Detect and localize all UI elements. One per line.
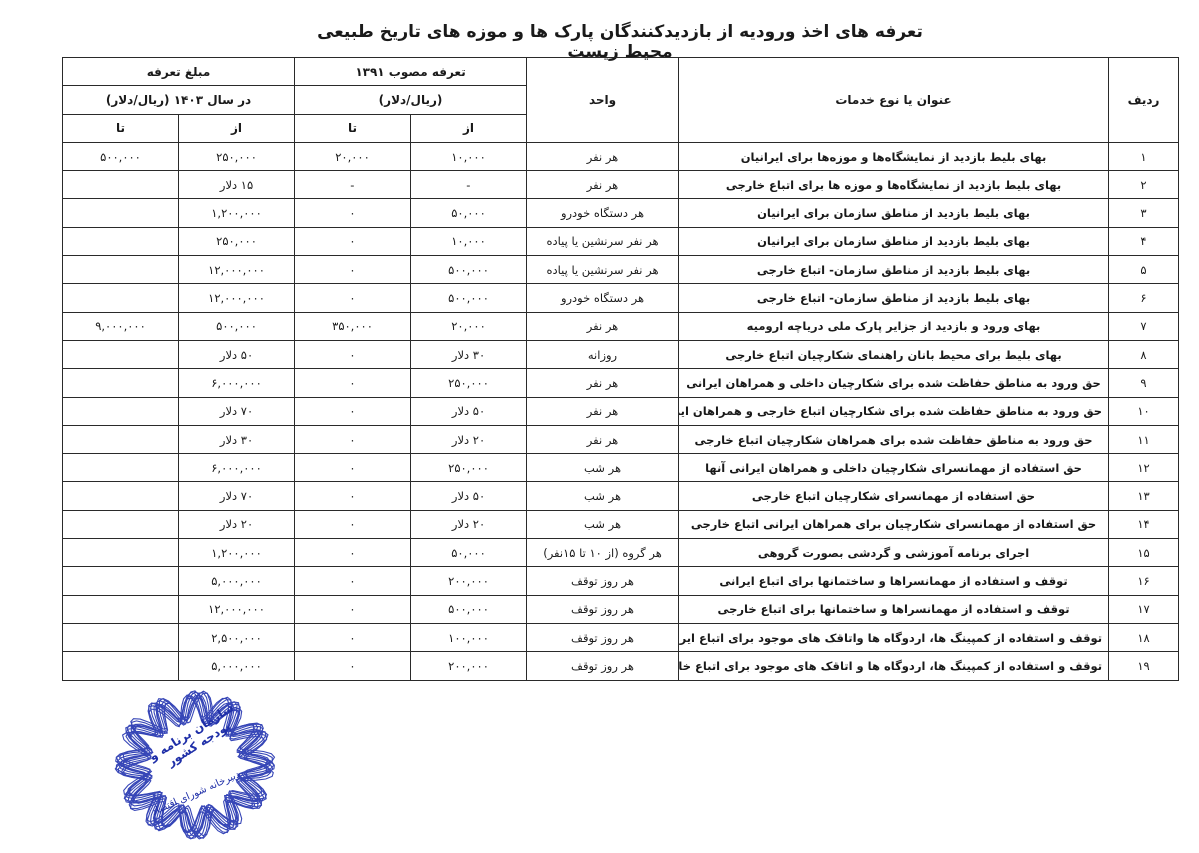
tariff-1403-to [63, 369, 179, 397]
row-number: ۷ [1109, 312, 1179, 340]
tariff-1403-to [63, 171, 179, 199]
table-row: ۴بهای بلیط بازدید از مناطق سازمان برای ا… [63, 227, 1179, 255]
tariff-1403-from: ۱۵ دلار [179, 171, 295, 199]
tariff-1403-to [63, 425, 179, 453]
service-title: توقف و استفاده از مهمانسراها و ساختمانها… [679, 567, 1109, 595]
unit-cell: هر نفر سرنشین یا پیاده [527, 256, 679, 284]
row-number: ۱۳ [1109, 482, 1179, 510]
tariff-1403-to [63, 397, 179, 425]
official-seal: سازمان برنامه و بودجه کشور دبیرخانه شورا… [108, 684, 282, 846]
unit-cell: هر دستگاه خودرو [527, 284, 679, 312]
tariff-1403-from: ۵۰۰,۰۰۰ [179, 312, 295, 340]
row-number: ۶ [1109, 284, 1179, 312]
tariff-1391-from: ۲۰۰,۰۰۰ [411, 567, 527, 595]
tariff-1403-from: ۷۰ دلار [179, 482, 295, 510]
service-title: حق ورود به مناطق حفاظت شده برای شکارچیان… [679, 397, 1109, 425]
tariff-1391-to: ۰ [295, 454, 411, 482]
tariff-1391-to: ۰ [295, 256, 411, 284]
service-title: حق استفاده از مهمانسرای شکارچیان اتباع خ… [679, 482, 1109, 510]
header-service: عنوان یا نوع خدمات [679, 58, 1109, 143]
tariff-1403-to [63, 595, 179, 623]
tariff-1403-from: ۷۰ دلار [179, 397, 295, 425]
tariff-1391-to: ۰ [295, 397, 411, 425]
tariff-1403-to: ۹,۰۰۰,۰۰۰ [63, 312, 179, 340]
unit-cell: هر شب [527, 510, 679, 538]
tariff-1391-to: ۰ [295, 482, 411, 510]
service-title: توقف و استفاده از کمپینگ ها، اردوگاه ها … [679, 652, 1109, 680]
service-title: حق ورود به مناطق حفاظت شده برای همراهان … [679, 425, 1109, 453]
header-row-no: ردیف [1109, 58, 1179, 143]
row-number: ۱۶ [1109, 567, 1179, 595]
tariff-1403-from: ۲۵۰,۰۰۰ [179, 227, 295, 255]
service-title: بهای بلیط بازدید از نمایشگاه‌ها و موزه‌ه… [679, 142, 1109, 170]
tariff-1403-to [63, 284, 179, 312]
unit-cell: هر روز توقف [527, 567, 679, 595]
row-number: ۱۹ [1109, 652, 1179, 680]
table-row: ۱۳حق استفاده از مهمانسرای شکارچیان اتباع… [63, 482, 1179, 510]
table-row: ۸بهای بلیط برای محیط بانان راهنمای شکارچ… [63, 340, 1179, 368]
tariff-1391-to: ۰ [295, 510, 411, 538]
tariff-1403-to [63, 340, 179, 368]
unit-cell: هر روز توقف [527, 623, 679, 651]
unit-cell: هر روز توقف [527, 652, 679, 680]
tariff-1391-from: ۵۰۰,۰۰۰ [411, 595, 527, 623]
tariff-1391-from: ۵۰,۰۰۰ [411, 539, 527, 567]
tariff-1391-from: ۵۰ دلار [411, 482, 527, 510]
header-1391-to: تا [295, 114, 411, 142]
tariff-1391-from: ۲۰۰,۰۰۰ [411, 652, 527, 680]
row-number: ۱۲ [1109, 454, 1179, 482]
tariff-1403-to [63, 567, 179, 595]
unit-cell: هر نفر سرنشین یا پیاده [527, 227, 679, 255]
tariff-1391-from: ۲۰ دلار [411, 425, 527, 453]
tariff-1391-to: ۳۵۰,۰۰۰ [295, 312, 411, 340]
tariff-1391-to: ۰ [295, 567, 411, 595]
header-tariff-1403-sub: در سال ۱۴۰۳ (ریال/دلار) [63, 86, 295, 114]
table-row: ۲بهای بلیط بازدید از نمایشگاه‌ها و موزه … [63, 171, 1179, 199]
tariff-1403-from: ۱,۲۰۰,۰۰۰ [179, 199, 295, 227]
tariff-1391-to: ۰ [295, 623, 411, 651]
tariff-1391-from: ۲۵۰,۰۰۰ [411, 369, 527, 397]
tariff-1391-from: ۲۰,۰۰۰ [411, 312, 527, 340]
service-title: توقف و استفاده از کمپینگ ها، اردوگاه ها … [679, 623, 1109, 651]
unit-cell: هر روز توقف [527, 595, 679, 623]
table-row: ۵بهای بلیط بازدید از مناطق سازمان- اتباع… [63, 256, 1179, 284]
tariff-1391-from: ۵۰ دلار [411, 397, 527, 425]
unit-cell: هر دستگاه خودرو [527, 199, 679, 227]
table-row: ۳بهای بلیط بازدید از مناطق سازمان برای ا… [63, 199, 1179, 227]
header-unit: واحد [527, 58, 679, 143]
page-title: تعرفه های اخذ ورودیه از بازدیدکنندگان پا… [300, 22, 940, 62]
tariff-1403-to [63, 510, 179, 538]
service-title: بهای بلیط بازدید از مناطق سازمان برای ای… [679, 199, 1109, 227]
service-title: اجرای برنامه آموزشی و گردشی بصورت گروهی [679, 539, 1109, 567]
header-1403-to: تا [63, 114, 179, 142]
tariff-1391-to: ۰ [295, 425, 411, 453]
row-number: ۱ [1109, 142, 1179, 170]
service-title: بهای بلیط بازدید از نمایشگاه‌ها و موزه ه… [679, 171, 1109, 199]
tariff-1403-from: ۳۰ دلار [179, 425, 295, 453]
unit-cell: هر نفر [527, 171, 679, 199]
row-number: ۱۱ [1109, 425, 1179, 453]
tariff-1403-from: ۶,۰۰۰,۰۰۰ [179, 369, 295, 397]
tariff-1391-to: ۰ [295, 227, 411, 255]
service-title: بهای بلیط بازدید از مناطق سازمان- اتباع … [679, 284, 1109, 312]
tariff-1403-to [63, 256, 179, 284]
header-1391-from: از [411, 114, 527, 142]
unit-cell: هر نفر [527, 142, 679, 170]
tariff-1391-from: ۱۰۰,۰۰۰ [411, 623, 527, 651]
tariff-1391-from: ۳۰ دلار [411, 340, 527, 368]
tariff-1403-to [63, 454, 179, 482]
tariff-1391-from: ۱۰,۰۰۰ [411, 142, 527, 170]
tariff-1391-to: ۰ [295, 652, 411, 680]
row-number: ۱۵ [1109, 539, 1179, 567]
tariff-1403-to [63, 482, 179, 510]
tariff-1403-from: ۲,۵۰۰,۰۰۰ [179, 623, 295, 651]
tariff-1403-to [63, 199, 179, 227]
tariff-1403-from: ۱۲,۰۰۰,۰۰۰ [179, 256, 295, 284]
service-title: حق استفاده از مهمانسرای شکارچیان برای هم… [679, 510, 1109, 538]
service-title: توقف و استفاده از مهمانسراها و ساختمانها… [679, 595, 1109, 623]
service-title: حق ورود به مناطق حفاظت شده برای شکارچیان… [679, 369, 1109, 397]
tariff-1391-to: ۰ [295, 284, 411, 312]
tariff-1391-from: ۵۰,۰۰۰ [411, 199, 527, 227]
tariff-1403-from: ۱۲,۰۰۰,۰۰۰ [179, 595, 295, 623]
tariff-1403-from: ۲۵۰,۰۰۰ [179, 142, 295, 170]
tariff-1391-to: ۰ [295, 199, 411, 227]
tariff-1403-from: ۶,۰۰۰,۰۰۰ [179, 454, 295, 482]
tariff-1391-from: - [411, 171, 527, 199]
unit-cell: هر نفر [527, 369, 679, 397]
row-number: ۹ [1109, 369, 1179, 397]
row-number: ۸ [1109, 340, 1179, 368]
table-row: ۱۶توقف و استفاده از مهمانسراها و ساختمان… [63, 567, 1179, 595]
row-number: ۱۰ [1109, 397, 1179, 425]
row-number: ۳ [1109, 199, 1179, 227]
table-row: ۹حق ورود به مناطق حفاظت شده برای شکارچیا… [63, 369, 1179, 397]
tariff-1391-from: ۲۵۰,۰۰۰ [411, 454, 527, 482]
unit-cell: هر نفر [527, 397, 679, 425]
service-title: حق استفاده از مهمانسرای شکارچیان داخلی و… [679, 454, 1109, 482]
unit-cell: هر نفر [527, 425, 679, 453]
tariff-1403-to [63, 227, 179, 255]
tariff-1403-from: ۵۰ دلار [179, 340, 295, 368]
row-number: ۵ [1109, 256, 1179, 284]
header-tariff-1391: تعرفه مصوب ۱۳۹۱ [295, 58, 527, 86]
tariff-1391-to: ۰ [295, 595, 411, 623]
table-row: ۱۱حق ورود به مناطق حفاظت شده برای همراها… [63, 425, 1179, 453]
table-body: ۱بهای بلیط بازدید از نمایشگاه‌ها و موزه‌… [63, 142, 1179, 680]
tariff-1391-to: ۲۰,۰۰۰ [295, 142, 411, 170]
header-tariff-1403: مبلغ تعرفه [63, 58, 295, 86]
table-row: ۱بهای بلیط بازدید از نمایشگاه‌ها و موزه‌… [63, 142, 1179, 170]
table-row: ۱۰حق ورود به مناطق حفاظت شده برای شکارچی… [63, 397, 1179, 425]
tariff-1403-from: ۲۰ دلار [179, 510, 295, 538]
table-row: ۱۷توقف و استفاده از مهمانسراها و ساختمان… [63, 595, 1179, 623]
tariff-1403-from: ۱۲,۰۰۰,۰۰۰ [179, 284, 295, 312]
tariff-1391-to: ۰ [295, 340, 411, 368]
seal-rosette-icon [108, 684, 282, 846]
service-title: بهای بلیط بازدید از مناطق سازمان- اتباع … [679, 256, 1109, 284]
tariff-1391-to: ۰ [295, 539, 411, 567]
service-title: بهای بلیط بازدید از مناطق سازمان برای ای… [679, 227, 1109, 255]
tariff-1391-from: ۲۰ دلار [411, 510, 527, 538]
tariff-1403-from: ۵,۰۰۰,۰۰۰ [179, 567, 295, 595]
tariff-1391-from: ۵۰۰,۰۰۰ [411, 284, 527, 312]
table-row: ۱۴حق استفاده از مهمانسرای شکارچیان برای … [63, 510, 1179, 538]
tariff-1403-from: ۱,۲۰۰,۰۰۰ [179, 539, 295, 567]
table-row: ۶بهای بلیط بازدید از مناطق سازمان- اتباع… [63, 284, 1179, 312]
unit-cell: هر گروه (از ۱۰ تا ۱۵نفر) [527, 539, 679, 567]
row-number: ۱۸ [1109, 623, 1179, 651]
table-row: ۱۵اجرای برنامه آموزشی و گردشی بصورت گروه… [63, 539, 1179, 567]
service-title: بهای ورود و بازدید از جزایر پارک ملی دری… [679, 312, 1109, 340]
row-number: ۱۷ [1109, 595, 1179, 623]
table-row: ۷بهای ورود و بازدید از جزایر پارک ملی در… [63, 312, 1179, 340]
tariff-1403-to [63, 623, 179, 651]
tariff-1391-from: ۱۰,۰۰۰ [411, 227, 527, 255]
unit-cell: هر شب [527, 482, 679, 510]
header-tariff-1391-sub: (ریال/دلار) [295, 86, 527, 114]
unit-cell: روزانه [527, 340, 679, 368]
row-number: ۴ [1109, 227, 1179, 255]
tariff-1391-from: ۵۰۰,۰۰۰ [411, 256, 527, 284]
service-title: بهای بلیط برای محیط بانان راهنمای شکارچی… [679, 340, 1109, 368]
tariff-1403-to: ۵۰۰,۰۰۰ [63, 142, 179, 170]
tariff-1403-to [63, 652, 179, 680]
tariff-1403-to [63, 539, 179, 567]
table-row: ۱۲حق استفاده از مهمانسرای شکارچیان داخلی… [63, 454, 1179, 482]
tariff-1391-to: - [295, 171, 411, 199]
row-number: ۱۴ [1109, 510, 1179, 538]
unit-cell: هر نفر [527, 312, 679, 340]
table-row: ۱۸توقف و استفاده از کمپینگ ها، اردوگاه ه… [63, 623, 1179, 651]
row-number: ۲ [1109, 171, 1179, 199]
header-1403-from: از [179, 114, 295, 142]
tariff-table: ردیف عنوان یا نوع خدمات واحد تعرفه مصوب … [62, 57, 1179, 681]
tariff-1391-to: ۰ [295, 369, 411, 397]
table-row: ۱۹توقف و استفاده از کمپینگ ها، اردوگاه ه… [63, 652, 1179, 680]
tariff-1403-from: ۵,۰۰۰,۰۰۰ [179, 652, 295, 680]
unit-cell: هر شب [527, 454, 679, 482]
